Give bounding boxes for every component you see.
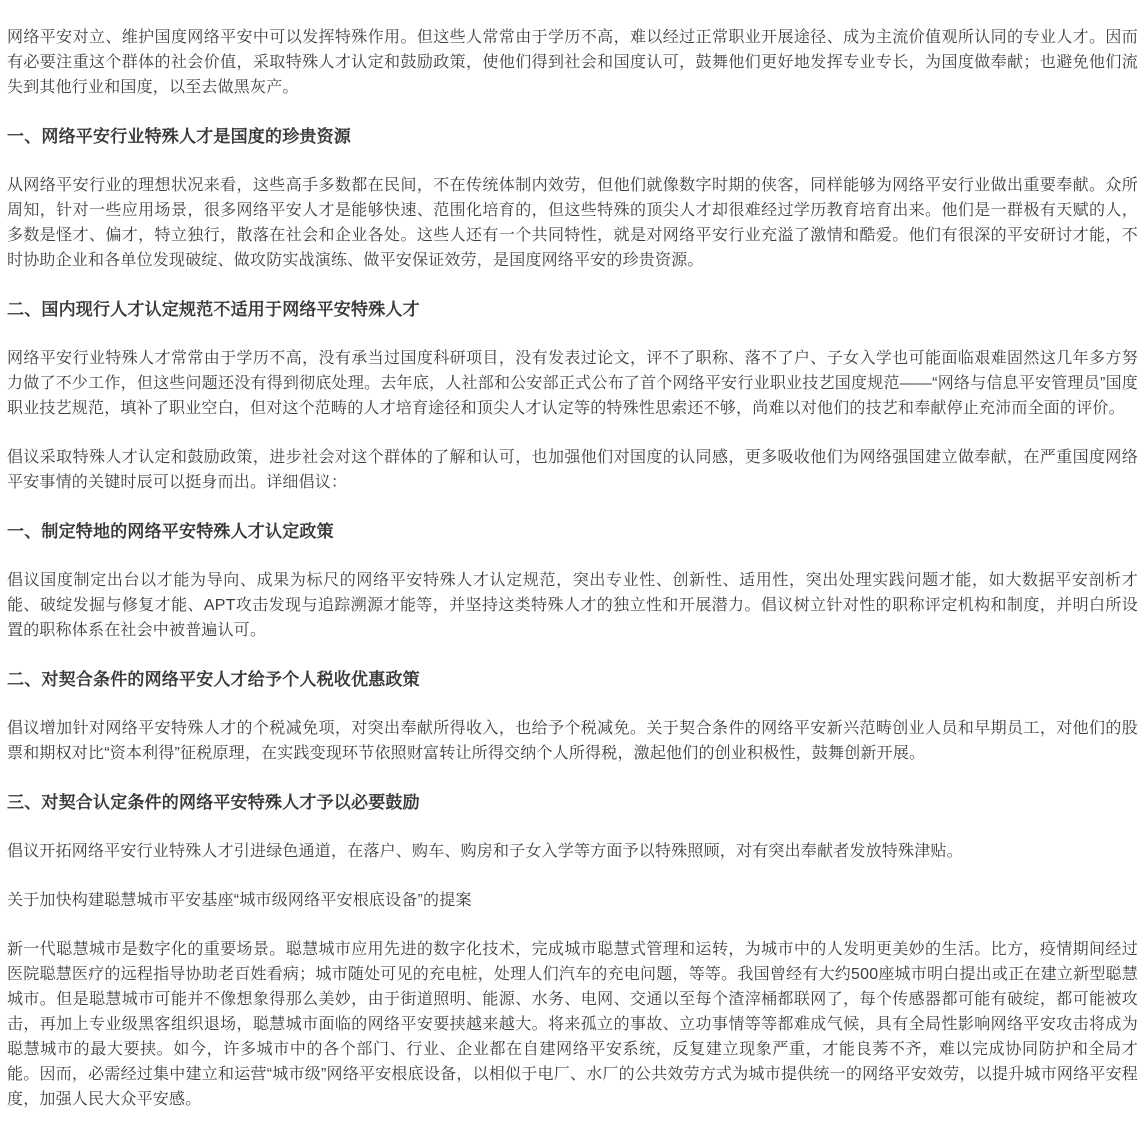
para-proposal-3: 倡议开拓网络平安行业特殊人才引进绿色通道，在落户、购车、购房和子女入学等方面予以… bbox=[7, 839, 1138, 864]
para-proposal-1: 倡议国度制定出台以才能为导向、成果为标尺的网络平安特殊人才认定规范，突出专业性、… bbox=[7, 568, 1138, 643]
para-talent-resource: 从网络平安行业的理想状况来看，这些高手多数都在民间，不在传统体制内效劳，但他们就… bbox=[7, 173, 1138, 273]
heading-talent-resource: 一、网络平安行业特殊人才是国度的珍贵资源 bbox=[7, 124, 1138, 149]
heading-proposal-2: 二、对契合条件的网络平安人才给予个人税收优惠政策 bbox=[7, 667, 1138, 692]
para-smart-city-body: 新一代聪慧城市是数字化的重要场景。聪慧城市应用先进的数字化技术，完成城市聪慧式管… bbox=[7, 937, 1138, 1112]
article-document: 网络平安对立、维护国度网络平安中可以发挥特殊作用。但这些人常常由于学历不高，难以… bbox=[0, 0, 1145, 1144]
para-standards-unsuitable: 网络平安行业特殊人才常常由于学历不高，没有承当过国度科研项目，没有发表过论文，评… bbox=[7, 346, 1138, 421]
heading-proposal-3: 三、对契合认定条件的网络平安特殊人才予以必要鼓励 bbox=[7, 790, 1138, 815]
heading-standards-unsuitable: 二、国内现行人才认定规范不适用于网络平安特殊人才 bbox=[7, 297, 1138, 322]
para-proposal-2: 倡议增加针对网络平安特殊人才的个税减免项，对突出奉献所得收入，也给予个税减免。关… bbox=[7, 716, 1138, 766]
heading-proposal-1: 一、制定特地的网络平安特殊人才认定政策 bbox=[7, 519, 1138, 544]
para-smart-city-title: 关于加快构建聪慧城市平安基座“城市级网络平安根底设备”的提案 bbox=[7, 888, 1138, 913]
para-proposal-summary: 倡议采取特殊人才认定和鼓励政策，进步社会对这个群体的了解和认可，也加强他们对国度… bbox=[7, 445, 1138, 495]
para-intro: 网络平安对立、维护国度网络平安中可以发挥特殊作用。但这些人常常由于学历不高，难以… bbox=[7, 25, 1138, 100]
